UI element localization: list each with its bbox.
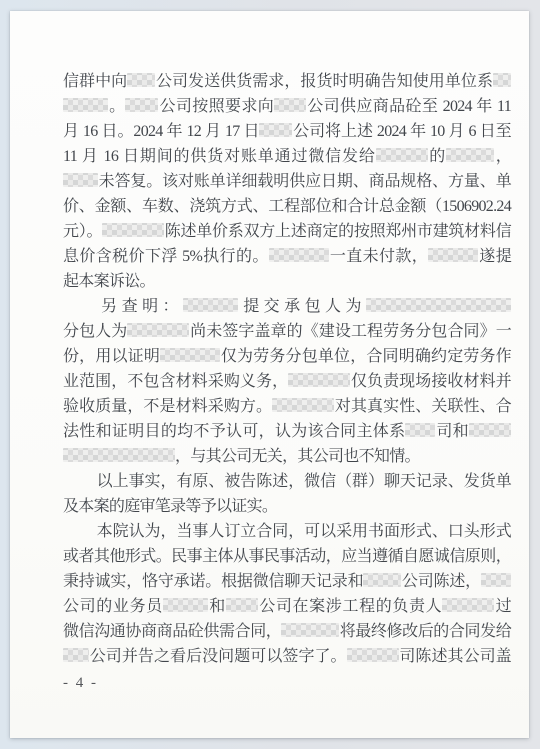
text-line: 以上事实，有原、被告陈述，微信（群）聊天记录、发货单 <box>63 469 511 494</box>
text-line: 本院认为，当事人订立合同，可以采用书面形式、口头形式 <box>63 519 511 544</box>
redaction-block <box>428 248 478 262</box>
redaction-block <box>288 373 350 387</box>
text-run: 。 <box>108 98 125 115</box>
redaction-block <box>405 423 435 437</box>
redaction-block <box>363 573 401 587</box>
redaction-block <box>376 148 428 162</box>
text-line: 信群中向公司发送供货需求，报货时明确告知使用单位系 <box>63 69 511 94</box>
text-run: 公司在案涉工程的负责人 <box>258 598 442 615</box>
text-run: 和 <box>208 598 226 615</box>
text-line: 公司的业务员和公司在案涉工程的负责人过 <box>63 594 511 619</box>
text-line: 及本案的庭审笔录等予以证实。 <box>63 494 511 519</box>
text-run: 公司按照要求向 <box>158 98 274 115</box>
redaction-block <box>469 423 511 437</box>
text-run: 陈述单价系双方上述商定的按照郑州市建筑材料信 <box>164 223 511 240</box>
redaction-block <box>127 73 155 87</box>
document-text: 信群中向公司发送供货需求，报货时明确告知使用单位系。公司按照要求向公司供应商品砼… <box>63 69 511 669</box>
text-run: 价、金额、车数、浇筑方式、工程部位和合计总金额（1506902.24 <box>63 198 511 215</box>
redaction-block <box>63 98 108 112</box>
redaction-block <box>481 573 511 587</box>
redaction-block <box>102 223 164 237</box>
text-run: 秉持诚实，恪守承诺。根据微信聊天记录和 <box>63 573 363 590</box>
text-run: 另查明： <box>96 298 183 315</box>
text-run: 遂提 <box>478 248 511 265</box>
text-run: ，与其公司无关，其公司也不知情。 <box>175 448 420 465</box>
text-line: 业范围，不包含材料采购义务，仅负责现场接收材料并 <box>63 369 511 394</box>
text-line: 份，用以证明仅为劳务分包单位，合同明确约定劳务作 <box>63 344 511 369</box>
redaction-block <box>127 323 189 337</box>
text-line: 另查明：提交承包人为 <box>63 294 511 319</box>
text-line: 秉持诚实，恪守承诺。根据微信聊天记录和公司陈述， <box>63 569 511 594</box>
redaction-block <box>226 598 258 612</box>
redaction-block <box>347 648 399 662</box>
text-run: 司陈述其公司盖 <box>399 648 511 665</box>
text-line: 11 月 16 日期间的供货对账单通过微信发给的， <box>63 144 511 169</box>
text-run: 微信沟通协商商品砼供需合同， <box>63 623 281 640</box>
text-run: 公司的业务员 <box>63 598 163 615</box>
text-line: 分包人为尚未签字盖章的《建设工程劳务分包合同》一 <box>63 319 511 344</box>
redaction-block <box>63 173 98 187</box>
text-line: 价、金额、车数、浇筑方式、工程部位和合计总金额（1506902.24 <box>63 194 511 219</box>
text-run: 11 月 16 日期间的供货对账单通过微信发给 <box>63 148 376 165</box>
text-run: 本院认为，当事人订立合同，可以采用书面形式、口头形式 <box>96 523 511 540</box>
text-run: 仅为劳务分包单位，合同明确约定劳务作 <box>220 348 511 365</box>
redaction-block <box>125 98 158 112</box>
text-run: 未答复。该对账单详细载明供应日期、商品规格、方量、单 <box>98 173 511 190</box>
text-line: 法性和证明目的均不予认可，认为该合同主体系司和 <box>63 419 511 444</box>
redaction-block <box>274 98 306 112</box>
redaction-block <box>446 148 494 162</box>
text-run: 公司供应商品砼至 2024 年 11 <box>306 98 511 115</box>
text-run: 及本案的庭审笔录等予以证实。 <box>63 498 277 515</box>
page-number: - 4 - <box>63 671 98 696</box>
text-line: ，与其公司无关，其公司也不知情。 <box>63 444 511 469</box>
text-run: 仅负责现场接收材料并 <box>350 373 511 390</box>
text-run: 尚未签字盖章的《建设工程劳务分包合同》一 <box>189 323 511 340</box>
redaction-block <box>442 598 494 612</box>
redaction-block <box>163 598 208 612</box>
text-run: 以上事实，有原、被告陈述，微信（群）聊天记录、发货单 <box>96 473 511 490</box>
redaction-block <box>259 123 292 137</box>
redaction-block <box>272 398 334 412</box>
text-run: 的 <box>428 148 446 165</box>
text-run: 公司将上述 2024 年 10 月 6 日至 <box>292 123 511 140</box>
text-line: 公司并告之看后没问题可以签字了。司陈述其公司盖 <box>63 644 511 669</box>
text-line: 未答复。该对账单详细载明供应日期、商品规格、方量、单 <box>63 169 511 194</box>
text-run: 一直未付款， <box>329 248 428 265</box>
text-line: 验收质量，不是材料采购方。对其真实性、关联性、合 <box>63 394 511 419</box>
text-run: 公司陈述， <box>401 573 481 590</box>
text-run: 业范围，不包含材料采购义务， <box>63 373 288 390</box>
text-run: 公司发送供货需求，报货时明确告知使用单位系 <box>155 73 493 90</box>
redaction-block <box>269 248 329 262</box>
text-run: 提交承包人为 <box>238 298 366 315</box>
redaction-block <box>63 648 89 662</box>
text-line: 或者其他形式。民事主体从事民事活动，应当遵循自愿诚信原则， <box>63 544 511 569</box>
redaction-block <box>63 448 175 462</box>
text-line: 微信沟通协商商品砼供需合同，将最终修改后的合同发给 <box>63 619 511 644</box>
text-run: 司和 <box>435 423 469 440</box>
text-run: 对其真实性、关联性、合 <box>334 398 511 415</box>
text-run: 息价含税价下浮 5%执行的。 <box>63 248 269 265</box>
text-run: 元）。 <box>63 223 102 240</box>
text-line: 。公司按照要求向公司供应商品砼至 2024 年 11 <box>63 94 511 119</box>
redaction-block <box>160 348 220 362</box>
text-run: 信群中向 <box>63 73 127 90</box>
text-run: 月 16 日。2024 年 12 月 17 日 <box>63 123 259 140</box>
redaction-block <box>366 298 511 312</box>
text-run: ， <box>494 148 511 165</box>
text-run: 验收质量，不是材料采购方。 <box>63 398 272 415</box>
document-page: 信群中向公司发送供货需求，报货时明确告知使用单位系。公司按照要求向公司供应商品砼… <box>10 11 529 738</box>
redaction-block <box>281 623 339 637</box>
text-run: 起本案诉讼。 <box>63 273 155 290</box>
text-run: 或者其他形式。民事主体从事民事活动，应当遵循自愿诚信原则， <box>63 548 511 565</box>
text-run: 法性和证明目的均不予认可，认为该合同主体系 <box>63 423 405 440</box>
text-run: 公司并告之看后没问题可以签字了。 <box>89 648 347 665</box>
redaction-block <box>493 73 511 87</box>
text-line: 起本案诉讼。 <box>63 269 511 294</box>
text-line: 息价含税价下浮 5%执行的。一直未付款，遂提 <box>63 244 511 269</box>
redaction-block <box>183 298 238 312</box>
text-line: 月 16 日。2024 年 12 月 17 日公司将上述 2024 年 10 月… <box>63 119 511 144</box>
text-line: 元）。陈述单价系双方上述商定的按照郑州市建筑材料信 <box>63 219 511 244</box>
text-run: 分包人为 <box>63 323 127 340</box>
text-run: 将最终修改后的合同发给 <box>339 623 511 640</box>
text-run: 份，用以证明 <box>63 348 160 365</box>
text-run: 过 <box>494 598 511 615</box>
